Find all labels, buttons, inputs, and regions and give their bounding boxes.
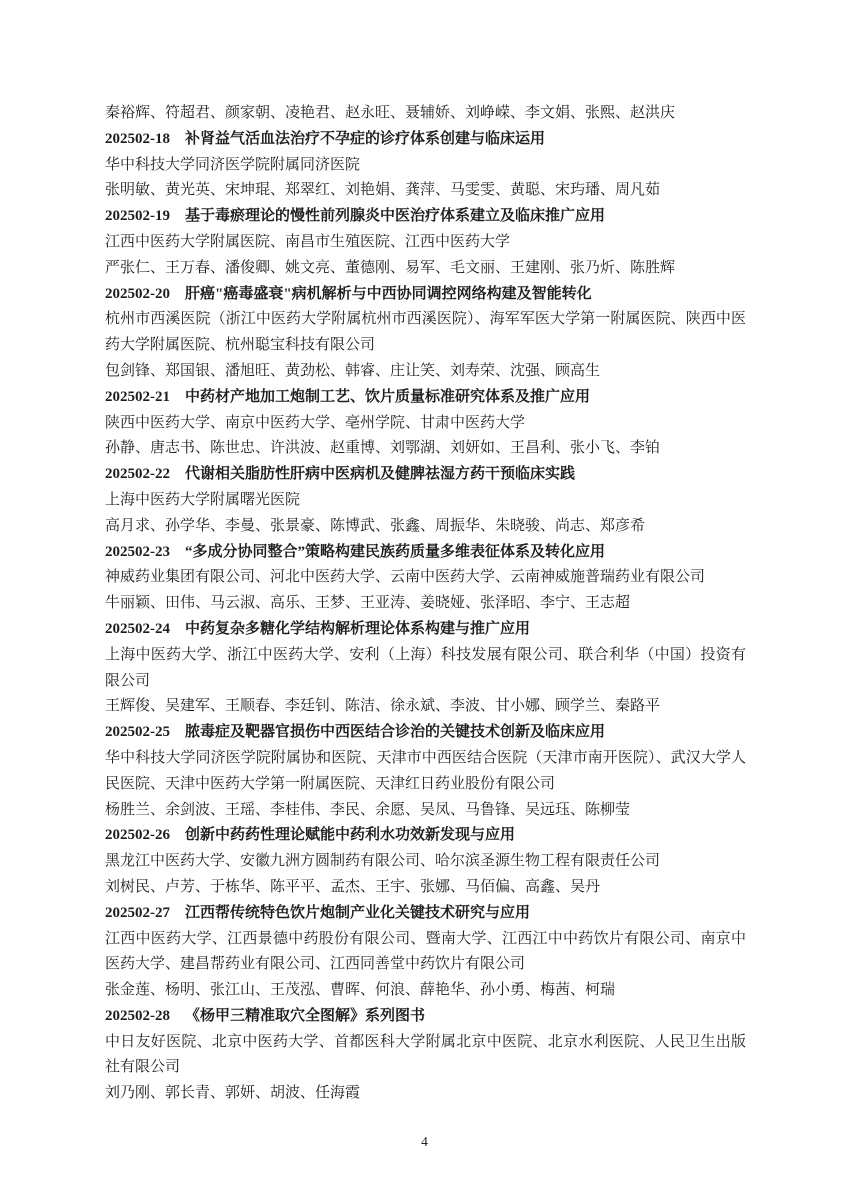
entry-institutions: 中日友好医院、北京中医药大学、首都医科大学附属北京中医院、北京水利医院、人民卫生… <box>105 1030 746 1082</box>
award-entry: 202502-21中药材产地加工炮制工艺、饮片质量标准研究体系及推广应用 陕西中… <box>105 385 746 462</box>
entry-id: 202502-21 <box>105 385 170 411</box>
entry-heading: 202502-26创新中药药性理论赋能中药利水功效新发现与应用 <box>105 823 746 849</box>
award-entry: 202502-24中药复杂多糖化学结构解析理论体系构建与推广应用 上海中医药大学… <box>105 617 746 720</box>
entry-names: 杨胜兰、余剑波、王瑶、李桂伟、李民、余愿、吴凤、马鲁锋、吴远珏、陈柳莹 <box>105 798 746 824</box>
entry-institutions: 黑龙江中医药大学、安徽九洲方圆制药有限公司、哈尔滨圣源生物工程有限责任公司 <box>105 849 746 875</box>
entry-title: 基于毒瘀理论的慢性前列腺炎中医治疗体系建立及临床推广应用 <box>185 208 605 224</box>
entry-title: “多成分协同整合”策略构建民族药质量多维表征体系及转化应用 <box>185 544 605 560</box>
entry-title: 代谢相关脂肪性肝病中医病机及健脾祛湿方药干预临床实践 <box>185 466 575 482</box>
entry-heading: 202502-21中药材产地加工炮制工艺、饮片质量标准研究体系及推广应用 <box>105 385 746 411</box>
entry-title: 中药复杂多糖化学结构解析理论体系构建与推广应用 <box>185 621 530 637</box>
entry-names: 高月求、孙学华、李曼、张景豪、陈博武、张鑫、周振华、朱晓骏、尚志、郑彦希 <box>105 514 746 540</box>
entry-title: 中药材产地加工炮制工艺、饮片质量标准研究体系及推广应用 <box>185 389 590 405</box>
award-entry: 202502-23“多成分协同整合”策略构建民族药质量多维表征体系及转化应用 神… <box>105 540 746 617</box>
entry-institutions: 神威药业集团有限公司、河北中医药大学、云南中医药大学、云南神威施普瑞药业有限公司 <box>105 565 746 591</box>
award-entry: 202502-18补肾益气活血法治疗不孕症的诊疗体系创建与临床运用 华中科技大学… <box>105 127 746 204</box>
award-entry: 202502-25脓毒症及靶器官损伤中西医结合诊治的关键技术创新及临床应用 华中… <box>105 720 746 823</box>
entry-id: 202502-22 <box>105 462 170 488</box>
entry-id: 202502-28 <box>105 1004 170 1030</box>
entry-institutions: 杭州市西溪医院（浙江中医药大学附属杭州市西溪医院）、海军军医大学第一附属医院、陕… <box>105 307 746 359</box>
carryover-names-line: 秦裕辉、符超君、颜家朝、凌艳君、赵永旺、聂辅娇、刘峥嵘、李文娟、张熙、赵洪庆 <box>105 101 746 127</box>
entries-list: 202502-18补肾益气活血法治疗不孕症的诊疗体系创建与临床运用 华中科技大学… <box>105 127 746 1107</box>
entry-title: 创新中药药性理论赋能中药利水功效新发现与应用 <box>185 827 515 843</box>
document-content: 秦裕辉、符超君、颜家朝、凌艳君、赵永旺、聂辅娇、刘峥嵘、李文娟、张熙、赵洪庆 2… <box>105 101 746 1107</box>
entry-institutions: 上海中医药大学、浙江中医药大学、安利（上海）科技发展有限公司、联合利华（中国）投… <box>105 643 746 695</box>
award-entry: 202502-22代谢相关脂肪性肝病中医病机及健脾祛湿方药干预临床实践 上海中医… <box>105 462 746 539</box>
entry-heading: 202502-22代谢相关脂肪性肝病中医病机及健脾祛湿方药干预临床实践 <box>105 462 746 488</box>
award-entry: 202502-19基于毒瘀理论的慢性前列腺炎中医治疗体系建立及临床推广应用 江西… <box>105 204 746 281</box>
entry-id: 202502-20 <box>105 282 170 308</box>
entry-names: 刘树民、卢芳、于栋华、陈平平、孟杰、王宇、张娜、马佰偏、高鑫、吴丹 <box>105 875 746 901</box>
entry-heading: 202502-20肝癌"癌毒盛衰"病机解析与中西协同调控网络构建及智能转化 <box>105 282 746 308</box>
entry-names: 严张仁、王万春、潘俊卿、姚文亮、董德刚、易军、毛文丽、王建刚、张乃炘、陈胜辉 <box>105 256 746 282</box>
entry-heading: 202502-19基于毒瘀理论的慢性前列腺炎中医治疗体系建立及临床推广应用 <box>105 204 746 230</box>
entry-id: 202502-23 <box>105 540 170 566</box>
entry-names: 包剑锋、郑国银、潘旭旺、黄劲松、韩睿、庄让笑、刘寿荣、沈强、顾高生 <box>105 359 746 385</box>
entry-institutions: 江西中医药大学、江西景德中药股份有限公司、暨南大学、江西江中中药饮片有限公司、南… <box>105 927 746 979</box>
entry-title: 《杨甲三精准取穴全图解》系列图书 <box>185 1008 425 1024</box>
entry-names: 张明敏、黄光英、宋坤琨、郑翠红、刘艳娟、龚萍、马雯雯、黄聪、宋玙璠、周凡茹 <box>105 178 746 204</box>
entry-institutions: 华中科技大学同济医学院附属同济医院 <box>105 153 746 179</box>
entry-names: 刘乃刚、郭长青、郭妍、胡波、任海霞 <box>105 1081 746 1107</box>
award-entry: 202502-28《杨甲三精准取穴全图解》系列图书 中日友好医院、北京中医药大学… <box>105 1004 746 1107</box>
document-page: 秦裕辉、符超君、颜家朝、凌艳君、赵永旺、聂辅娇、刘峥嵘、李文娟、张熙、赵洪庆 2… <box>0 0 849 1200</box>
entry-heading: 202502-23“多成分协同整合”策略构建民族药质量多维表征体系及转化应用 <box>105 540 746 566</box>
entry-id: 202502-19 <box>105 204 170 230</box>
entry-id: 202502-27 <box>105 901 170 927</box>
entry-id: 202502-24 <box>105 617 170 643</box>
page-number: 4 <box>0 1134 849 1150</box>
entry-title: 补肾益气活血法治疗不孕症的诊疗体系创建与临床运用 <box>185 131 545 147</box>
award-entry: 202502-27江西帮传统特色饮片炮制产业化关键技术研究与应用 江西中医药大学… <box>105 901 746 1004</box>
entry-title: 江西帮传统特色饮片炮制产业化关键技术研究与应用 <box>185 905 530 921</box>
entry-id: 202502-25 <box>105 720 170 746</box>
entry-names: 王辉俊、吴建军、王顺春、李廷钊、陈洁、徐永斌、李波、甘小娜、顾学兰、秦路平 <box>105 694 746 720</box>
entry-id: 202502-18 <box>105 127 170 153</box>
award-entry: 202502-26创新中药药性理论赋能中药利水功效新发现与应用 黑龙江中医药大学… <box>105 823 746 900</box>
entry-heading: 202502-18补肾益气活血法治疗不孕症的诊疗体系创建与临床运用 <box>105 127 746 153</box>
entry-names: 牛丽颖、田伟、马云淑、高乐、王梦、王亚涛、姜晓娅、张泽昭、李宁、王志超 <box>105 591 746 617</box>
entry-id: 202502-26 <box>105 823 170 849</box>
entry-names: 张金莲、杨明、张江山、王茂泓、曹晖、何浪、薛艳华、孙小勇、梅茜、柯瑞 <box>105 978 746 1004</box>
entry-heading: 202502-27江西帮传统特色饮片炮制产业化关键技术研究与应用 <box>105 901 746 927</box>
entry-institutions: 陕西中医药大学、南京中医药大学、亳州学院、甘肃中医药大学 <box>105 411 746 437</box>
entry-title: 脓毒症及靶器官损伤中西医结合诊治的关键技术创新及临床应用 <box>185 724 605 740</box>
entry-heading: 202502-25脓毒症及靶器官损伤中西医结合诊治的关键技术创新及临床应用 <box>105 720 746 746</box>
entry-institutions: 上海中医药大学附属曙光医院 <box>105 488 746 514</box>
entry-title: 肝癌"癌毒盛衰"病机解析与中西协同调控网络构建及智能转化 <box>185 286 592 302</box>
entry-heading: 202502-28《杨甲三精准取穴全图解》系列图书 <box>105 1004 746 1030</box>
entry-names: 孙静、唐志书、陈世忠、许洪波、赵重博、刘鄂湖、刘妍如、王昌利、张小飞、李铂 <box>105 436 746 462</box>
entry-institutions: 江西中医药大学附属医院、南昌市生殖医院、江西中医药大学 <box>105 230 746 256</box>
award-entry: 202502-20肝癌"癌毒盛衰"病机解析与中西协同调控网络构建及智能转化 杭州… <box>105 282 746 385</box>
entry-institutions: 华中科技大学同济医学院附属协和医院、天津市中西医结合医院（天津市南开医院）、武汉… <box>105 746 746 798</box>
entry-heading: 202502-24中药复杂多糖化学结构解析理论体系构建与推广应用 <box>105 617 746 643</box>
